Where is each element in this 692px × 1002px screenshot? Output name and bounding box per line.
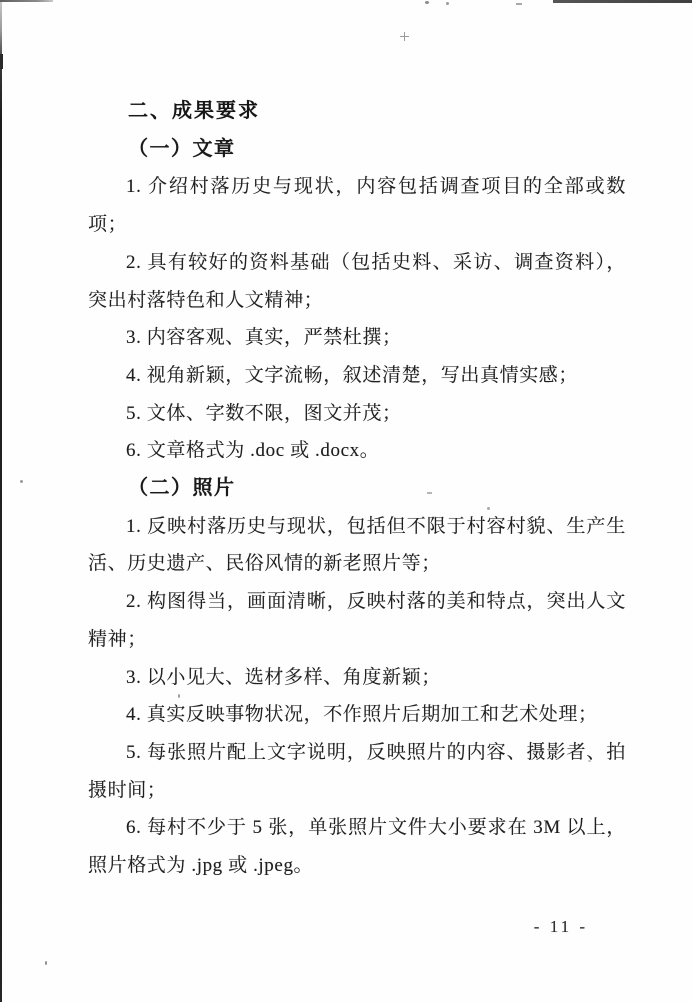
photo-requirement-item: 3. 以小见大、选材多样、角度新颖； — [88, 659, 626, 697]
scan-speck — [20, 480, 23, 483]
scan-speck — [516, 3, 522, 5]
scan-edge-blob-left — [0, 54, 3, 69]
scan-edge-line-left — [0, 0, 2, 1002]
photo-requirement-item: 6. 每村不少于 5 张，单张照片文件大小要求在 3M 以上，照片格式为 .jp… — [88, 809, 626, 884]
scanned-document-page: 二、成果要求 （一）文章 1. 介绍村落历史与现状，内容包括调查项目的全部或数项… — [0, 0, 692, 1002]
article-requirement-item: 4. 视角新颖，文字流畅，叙述清楚，写出真情实感； — [88, 357, 626, 395]
scan-edge-line-top-right — [553, 0, 692, 3]
subsection-article-heading: （一）文章 — [88, 131, 626, 169]
article-requirement-item: 1. 介绍村落历史与现状，内容包括调查项目的全部或数项； — [88, 168, 626, 243]
article-requirement-item: 5. 文体、字数不限，图文并茂； — [88, 395, 626, 433]
photo-requirement-item: 1. 反映村落历史与现状，包括但不限于村容村貌、生产生活、历史遗产、民俗风情的新… — [88, 508, 626, 583]
article-requirement-item: 6. 文章格式为 .doc 或 .docx。 — [88, 432, 626, 470]
scan-speck — [45, 961, 47, 965]
page-number: - 11 - — [534, 917, 588, 937]
article-requirement-item: 3. 内容客观、真实，严禁杜撰； — [88, 319, 626, 357]
scan-speck — [446, 2, 449, 5]
subsection-photo: （二）照片 1. 反映村落历史与现状，包括但不限于村容村貌、生产生活、历史遗产、… — [88, 470, 626, 885]
scan-speck — [425, 1, 429, 4]
photo-requirement-item: 5. 每张照片配上文字说明，反映照片的内容、摄影者、拍摄时间； — [88, 734, 626, 809]
photo-requirement-item: 4. 真实反映事物状况，不作照片后期加工和艺术处理； — [88, 696, 626, 734]
subsection-photo-heading: （二）照片 — [88, 470, 626, 508]
subsection-article: （一）文章 1. 介绍村落历史与现状，内容包括调查项目的全部或数项； 2. 具有… — [88, 131, 626, 470]
scan-cross-mark — [400, 32, 409, 41]
photo-requirement-item: 2. 构图得当，画面清晰，反映村落的美和特点，突出人文精神； — [88, 583, 626, 658]
section-heading: 二、成果要求 — [88, 93, 626, 131]
scan-edge-line-top-left — [0, 0, 53, 2]
document-content: 二、成果要求 （一）文章 1. 介绍村落历史与现状，内容包括调查项目的全部或数项… — [88, 93, 626, 885]
article-requirement-item: 2. 具有较好的资料基础（包括史料、采访、调查资料），突出村落特色和人文精神； — [88, 244, 626, 319]
